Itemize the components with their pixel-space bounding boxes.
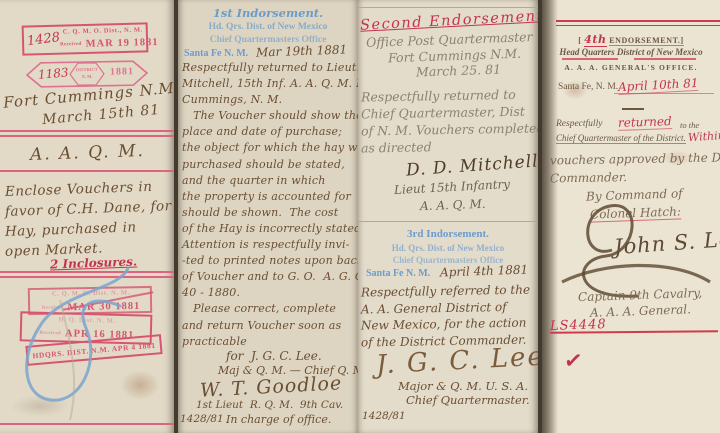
manuscript-line: Please correct, complete <box>182 302 356 318</box>
document-scan: 1428 C. Q. M. O. Dist., N. M. Received M… <box>0 0 720 433</box>
manuscript-line: the property is accounted for <box>182 190 356 206</box>
second-endorsement-body: Respectfully returned toChief Quartermas… <box>361 88 535 156</box>
manuscript-line: of Voucher and to G. O. A. G. O. <box>182 270 356 286</box>
ruled-line <box>0 423 174 425</box>
blue-pencil-scribble <box>0 0 174 433</box>
page-4-fourth-endorsement: [ 4th ENDORSEMENT.] Head Quarters Distri… <box>542 0 720 433</box>
mitchell-title: A. A. Q. M. <box>420 197 486 213</box>
ruled-line <box>358 221 538 222</box>
footer-file-number: 1428/81 <box>180 413 224 425</box>
manuscript-line: Mitchell, 15th Inf. A. A. Q. M. Fort <box>182 77 356 93</box>
indorsement-body: Respectfully returned to Lieut. D. D.Mit… <box>182 61 356 351</box>
ruled-line <box>358 7 538 8</box>
lee-title: Chief Quartermaster. <box>406 393 530 407</box>
file-number: 1428/81 <box>362 410 406 422</box>
manuscript-line: of the Hay is incorrectly stated. <box>182 222 356 238</box>
page-1-letter: 1428 C. Q. M. O. Dist., N. M. Received M… <box>0 0 174 433</box>
manuscript-line: and the quarter in which <box>182 174 356 190</box>
indorsement-1-title-text: 1st Indorsement. <box>213 6 323 20</box>
goodloe-rank: 1st Lieut R. Q. M. 9th Cav. <box>196 399 343 411</box>
manuscript-line: 40 - 1880. <box>182 286 356 302</box>
page-3-second-third-endorsements: Second Endorsement Office Post Quarterma… <box>358 0 538 433</box>
handwritten-date: Mar 19th 1881 <box>256 42 348 59</box>
manuscript-line: should be shown. The cost <box>182 206 356 222</box>
manuscript-line: the object for which the hay was <box>182 141 356 157</box>
page-2-first-indorsement: 1st Indorsement. Hd. Qrs. Dist. of New M… <box>178 0 358 433</box>
indorsement-3-title: 3rd Indorsement. <box>358 228 538 240</box>
footer-note: In charge of office. <box>226 413 331 426</box>
hq-dist-line: Hd. Qrs. Dist. of New Mexico <box>178 22 358 32</box>
manuscript-line: and return Voucher soon as <box>182 319 356 335</box>
manuscript-line: purchased should be stated, <box>182 158 356 174</box>
santa-fe-line: Santa Fe N. M. <box>184 48 248 59</box>
for-lee-line: for J. G. C. Lee. <box>226 349 322 363</box>
manuscript-line: -ted to printed notes upon back <box>182 254 356 270</box>
manuscript-line: Cummings, N. M. <box>182 93 356 109</box>
manuscript-line: Attention is respectfully invi- <box>182 238 356 254</box>
lee-rank: Major & Q. M. U. S. A. <box>398 379 528 393</box>
handwritten-date: April 4th 1881 <box>440 262 529 279</box>
santa-fe-line: Santa Fe N. M. <box>366 268 430 279</box>
red-check-mark: ✓ <box>562 347 584 375</box>
manuscript-line: The Voucher should show the <box>182 109 356 125</box>
office-line-3: March 25. 81 <box>416 62 501 80</box>
manuscript-line: Respectfully returned to Lieut. D. D. <box>182 61 356 77</box>
hq-dist-line: Hd. Qrs. Dist. of New Mexico <box>358 243 538 253</box>
indorsement-1-title: 1st Indorsement. <box>178 6 358 20</box>
third-endorsement-body: Respectfully referred to theA. A. Genera… <box>361 284 535 350</box>
manuscript-line: place and date of purchase; <box>182 125 356 141</box>
